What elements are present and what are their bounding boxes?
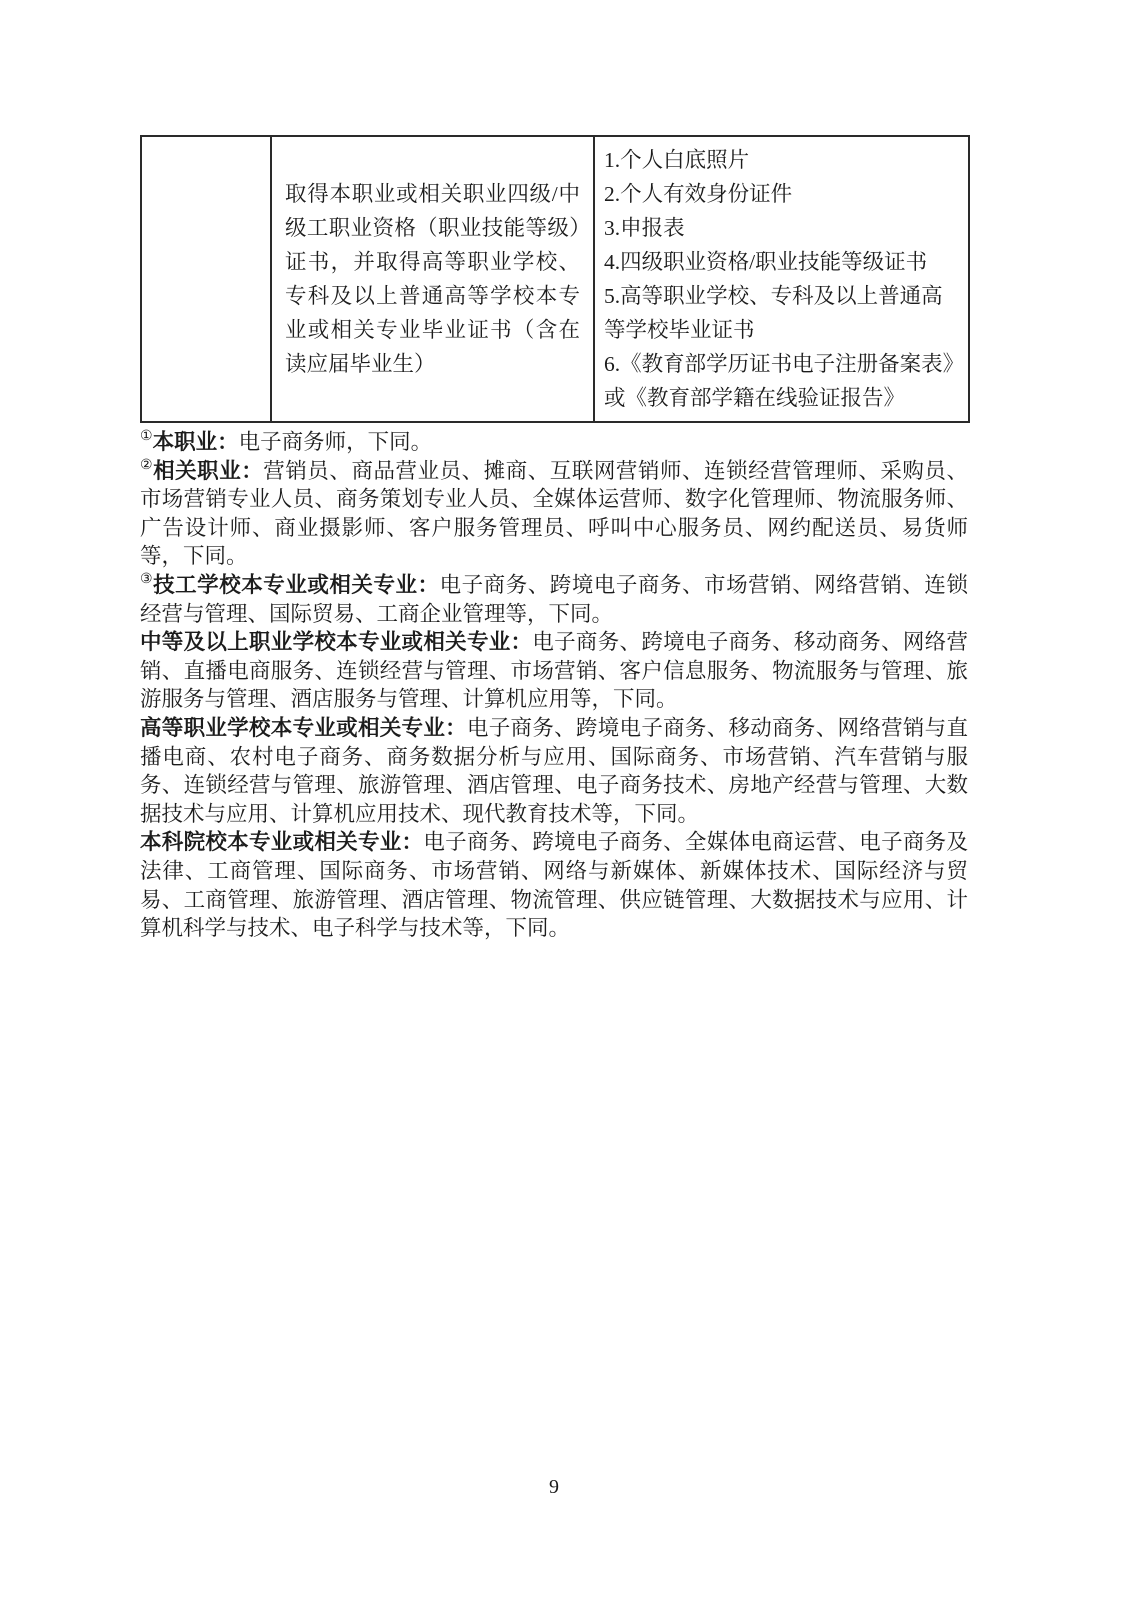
footnote-marker: ②: [140, 458, 153, 473]
footnote-entry: 高等职业学校本专业或相关专业：电子商务、跨境电子商务、移动商务、网络营销与直播电…: [140, 714, 968, 828]
footnote-text: 营销员、商品营业员、摊商、互联网营销师、连锁经营管理师、采购员、市场营销专业人员…: [140, 459, 968, 569]
footnote-label: 技工学校本专业或相关专业：: [153, 573, 440, 597]
footnote-entry: ②相关职业：营销员、商品营业员、摊商、互联网营销师、连锁经营管理师、采购员、市场…: [140, 457, 968, 571]
footnote-marker: ③: [140, 572, 153, 587]
table-cell-empty: [141, 136, 271, 422]
table-cell-required-materials: 1.个人白底照片 2.个人有效身份证件 3.申报表 4.四级职业资格/职业技能等…: [594, 136, 969, 422]
material-item: 3.申报表: [604, 211, 960, 245]
footnote-marker: ①: [140, 429, 153, 444]
material-item: 4.四级职业资格/职业技能等级证书: [604, 245, 960, 279]
footnote-label: 相关职业：: [153, 459, 263, 483]
material-item: 6.《教育部学历证书电子注册备案表》或《教育部学籍在线验证报告》: [604, 347, 960, 415]
footnote-entry: ③技工学校本专业或相关专业：电子商务、跨境电子商务、市场营销、网络营销、连锁经营…: [140, 571, 968, 628]
footnote-label: 高等职业学校本专业或相关专业：: [140, 716, 467, 740]
page-content: 取得本职业或相关职业四级/中级工职业资格（职业技能等级）证书，并取得高等职业学校…: [140, 135, 968, 943]
page-number: 9: [140, 1476, 968, 1499]
material-item: 1.个人白底照片: [604, 143, 960, 177]
footnote-entry: 本科院校本专业或相关专业：电子商务、跨境电子商务、全媒体电商运营、电子商务及法律…: [140, 828, 968, 942]
requirements-table: 取得本职业或相关职业四级/中级工职业资格（职业技能等级）证书，并取得高等职业学校…: [140, 135, 970, 423]
table-cell-qualification-condition: 取得本职业或相关职业四级/中级工职业资格（职业技能等级）证书，并取得高等职业学校…: [271, 136, 594, 422]
table-row: 取得本职业或相关职业四级/中级工职业资格（职业技能等级）证书，并取得高等职业学校…: [141, 136, 969, 422]
footnote-label: 本职业：: [153, 430, 239, 454]
footnote-label: 中等及以上职业学校本专业或相关专业：: [140, 630, 532, 654]
footnotes-block: ①本职业：电子商务师，下同。 ②相关职业：营销员、商品营业员、摊商、互联网营销师…: [140, 428, 968, 943]
footnote-entry: 中等及以上职业学校本专业或相关专业：电子商务、跨境电子商务、移动商务、网络营销、…: [140, 628, 968, 714]
material-item: 2.个人有效身份证件: [604, 177, 960, 211]
footnote-text: 电子商务师，下同。: [239, 430, 433, 454]
material-item: 5.高等职业学校、专科及以上普通高等学校毕业证书: [604, 279, 960, 347]
document-page: { "page": { "number": "9", "background_c…: [0, 0, 1131, 1600]
footnote-entry: ①本职业：电子商务师，下同。: [140, 428, 968, 457]
footnote-label: 本科院校本专业或相关专业：: [140, 830, 423, 854]
